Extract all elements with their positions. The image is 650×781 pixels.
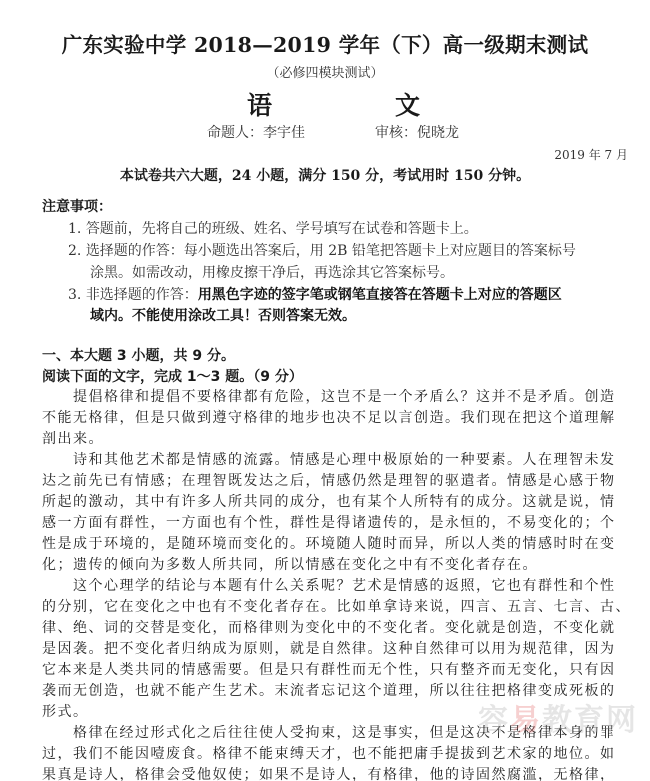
passage-line: 化；遗传的倾向为多数人所共同，所以情感在变化之中有不变化者存在。 [42, 554, 538, 574]
passage-line: 不能无格律，但是只做到遵守格律的地步也决不足以言创造。我们现在把这个道理解 [42, 407, 616, 427]
watermark-text-highlight: 易 [510, 703, 542, 738]
note-text: 答题前，先将自己的班级、姓名、学号填写在试卷和答题卡上。 [86, 221, 478, 237]
note-item-1: 1. 答题前，先将自己的班级、姓名、学号填写在试卷和答题卡上。 [68, 218, 478, 238]
exam-title: 广东实验中学 2018—2019 学年（下）高一级期末测试 [0, 28, 650, 58]
exam-summary: 本试卷共六大题，24 小题，满分 150 分，考试用时 150 分钟。 [0, 165, 650, 185]
watermark-text: 容 [478, 703, 510, 738]
passage-line: 果真是诗人，格律会受他奴使；如果不是诗人，有格律，他的诗固然腐滥，无格律， [42, 764, 616, 781]
passage-line: 过，我们不能因噎废食。格律不能束缚天才，也不能把庸手提拔到艺术家的地位。如 [42, 743, 616, 763]
passage-line: 提倡格律和提倡不要格律都有危险，这岂不是一个矛盾么？这并不是矛盾。创造 [73, 386, 616, 406]
passage-line: 是因袭。把不变化者归纳成为原则，就是自然律。这种自然律可以用为规范律，因为 [42, 638, 616, 658]
passage-line: 的分别，它在变化之中也有不变化者存在。比如单拿诗来说，四言、五言、七言、古、 [42, 596, 631, 616]
subject-char-2: 文 [395, 86, 420, 122]
note-item-2-continuation: 涂黑。如需改动，用橡皮擦干净后，再选涂其它答案标号。 [90, 262, 454, 282]
passage-line: 感一方面有群性，一方面也有个性，群性是得诸遗传的，是永恒的，不易变化的；个 [42, 512, 616, 532]
passage-line: 它本来是人类共同的情感需要。但是只有群性而无个性，只有整齐而无变化，只有因 [42, 659, 616, 679]
passage-line: 诗和其他艺术都是情感的流露。情感是心理中极原始的一种要素。人在理智未发 [73, 449, 616, 469]
passage-line: 所起的激动，其中有许多人所共同的成分，也有某个人所特有的成分。这就是说，情 [42, 491, 616, 511]
note-number: 3. [68, 287, 81, 303]
note-number: 2. [68, 243, 81, 259]
subject-char-1: 语 [247, 86, 272, 122]
section-heading: 一、本大题 3 小题，共 9 分。 [42, 345, 235, 365]
note-text: 选择题的作答：每小题选出答案后，用 2B 铅笔把答题卡上对应题目的答案标号 [86, 243, 576, 259]
passage-line: 性是成于环境的，是随环境而变化的。环境随人随时而异，所以人类的情感时时在变 [42, 533, 616, 553]
exam-subtitle: （必修四模块测试） [0, 62, 650, 81]
author-line: 命题人：李宇佳 [207, 122, 305, 142]
note-item-2: 2. 选择题的作答：每小题选出答案后，用 2B 铅笔把答题卡上对应题目的答案标号 [68, 240, 576, 260]
passage-line: 达之前先已有情感；在理智既发达之后，情感仍然是理智的驱遣者。情感是心感于物 [42, 470, 616, 490]
note-item-3: 3. 非选择题的作答：用黑色字迹的签字笔或钢笔直接答在答题卡上对应的答题区 [68, 284, 562, 304]
exam-date: 2019 年 7 月 [554, 146, 628, 163]
note-text-bold: 用黑色字迹的签字笔或钢笔直接答在答题卡上对应的答题区 [198, 287, 562, 303]
watermark-text: 教育网 [542, 703, 638, 738]
reading-instruction: 阅读下面的文字，完成 1～3 题。（9 分） [42, 366, 303, 386]
notes-heading: 注意事项： [42, 196, 112, 216]
note-text: 非选择题的作答： [86, 287, 198, 303]
passage-line: 剖出来。 [42, 428, 104, 448]
note-item-3-continuation: 域内。不能使用涂改工具！否则答案无效。 [90, 305, 356, 325]
watermark: 容易教育网 [478, 695, 638, 739]
note-number: 1. [68, 221, 81, 237]
passage-line: 律、绝、词的交替是变化，而格律则为变化中的不变化者。变化就是创造，不变化就 [42, 617, 616, 637]
passage-line: 形式。 [42, 701, 89, 721]
reviewer-line: 审核：倪晓龙 [375, 122, 459, 142]
passage-line: 这个心理学的结论与本题有什么关系呢？艺术是情感的返照，它也有群性和个性 [73, 575, 616, 595]
